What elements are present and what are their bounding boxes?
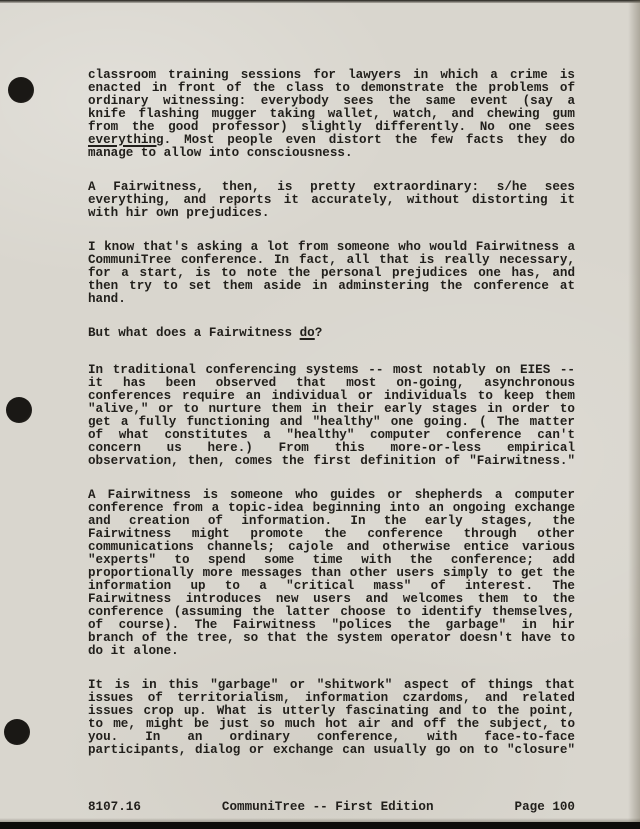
text-segment: But what does a Fairwitness: [88, 326, 300, 340]
text-segment: CommuniTree conference. In fact, all tha…: [88, 253, 575, 267]
text-segment: proportionally more messages than other …: [88, 566, 575, 580]
text-segment: branch of the tree, so that the system o…: [88, 631, 575, 645]
text-segment: then try to set them aside in adminsteri…: [88, 279, 575, 293]
text-segment: . Most people even distort the few facts…: [164, 133, 575, 147]
text-segment: to me, might be just so much hot air and…: [88, 717, 575, 731]
scan-edge-right: [628, 0, 640, 829]
text-segment: A Fairwitness is someone who guides or s…: [88, 488, 575, 502]
text-segment: classroom training sessions for lawyers …: [88, 68, 575, 82]
text-segment: it has been observed that most on-going,…: [88, 376, 575, 390]
text-segment: ordinary witnessing: everybody sees the …: [88, 94, 575, 108]
text-segment: manage to allow into consciousness.: [88, 146, 353, 160]
text-line: then try to set them aside in adminsteri…: [88, 280, 575, 293]
text-line: participants, dialog or exchange can usu…: [88, 744, 575, 757]
footer-title: CommuniTree -- First Edition: [222, 800, 434, 814]
scan-edge-top: [0, 0, 640, 3]
underlined-text: everything: [88, 133, 164, 147]
text-segment: from the good professor) slightly differ…: [88, 120, 575, 134]
hole-punch: [8, 77, 34, 103]
text-segment: of course). The Fairwitness "polices the…: [88, 618, 575, 632]
text-line: hand.: [88, 293, 575, 306]
text-segment: It is in this "garbage" or "shitwork" as…: [88, 678, 575, 692]
text-segment: information up to a "critical mass" of i…: [88, 579, 575, 593]
text-segment: get a fully functioning and "healthy" on…: [88, 415, 575, 429]
footer-doc-number: 8107.16: [88, 800, 141, 814]
text-segment: I know that's asking a lot from someone …: [88, 240, 575, 254]
hole-punch: [4, 719, 30, 745]
paragraph: But what does a Fairwitness do?: [88, 327, 575, 340]
page-footer: 8107.16 CommuniTree -- First Edition Pag…: [88, 800, 575, 814]
text-segment: knife flashing mugger taking wallet, wat…: [88, 107, 575, 121]
text-segment: conferences require an individual or ind…: [88, 389, 575, 403]
paragraph: A Fairwitness is someone who guides or s…: [88, 489, 575, 658]
text-segment: do it alone.: [88, 644, 179, 658]
paragraph: In traditional conferencing systems -- m…: [88, 364, 575, 468]
scan-edge-bottom: [0, 822, 640, 829]
text-segment: you. In an ordinary conference, with fac…: [88, 730, 575, 744]
text-segment: and creation of information. In the earl…: [88, 514, 575, 528]
paragraph: It is in this "garbage" or "shitwork" as…: [88, 679, 575, 757]
text-line: manage to allow into consciousness.: [88, 147, 575, 160]
text-segment: everything, and reports it accurately, w…: [88, 193, 575, 207]
text-segment: for a start, is to note the personal pre…: [88, 266, 575, 280]
text-block: classroom training sessions for lawyers …: [88, 69, 575, 757]
text-line: do it alone.: [88, 645, 575, 658]
paragraph: I know that's asking a lot from someone …: [88, 241, 575, 306]
text-segment: participants, dialog or exchange can usu…: [88, 743, 575, 757]
hole-punch: [6, 397, 32, 423]
text-segment: "alive," or to nurture them in their ear…: [88, 402, 575, 416]
text-segment: ?: [315, 326, 323, 340]
paragraph: A Fairwitness, then, is pretty extraordi…: [88, 181, 575, 220]
text-segment: issues of territorialism, information cz…: [88, 691, 575, 705]
text-segment: enacted in front of the class to demonst…: [88, 81, 575, 95]
text-segment: issues crop up. What is utterly fascinat…: [88, 704, 575, 718]
text-line: with hir own prejudices.: [88, 207, 575, 220]
text-segment: Fairwitness introduces new users and wel…: [88, 592, 575, 606]
text-segment: concern us here.) From this more-or-less…: [88, 441, 575, 455]
text-segment: In traditional conferencing systems -- m…: [88, 363, 575, 377]
text-segment: Fairwitness might promote the conference…: [88, 527, 575, 541]
text-segment: observation, then, comes the first defin…: [88, 454, 575, 468]
text-segment: A Fairwitness, then, is pretty extraordi…: [88, 180, 575, 194]
text-segment: conference (assuming the latter choose t…: [88, 605, 575, 619]
text-line: observation, then, comes the first defin…: [88, 455, 575, 468]
text-segment: with hir own prejudices.: [88, 206, 269, 220]
text-segment: of what constitutes a "healthy" computer…: [88, 428, 575, 442]
text-segment: "experts" to spend some time with the co…: [88, 553, 575, 567]
footer-page-number: Page 100: [515, 800, 575, 814]
text-line: But what does a Fairwitness do?: [88, 327, 575, 340]
paragraph: classroom training sessions for lawyers …: [88, 69, 575, 160]
text-segment: communications channels; cajole and othe…: [88, 540, 575, 554]
underlined-text: do: [300, 326, 315, 340]
text-segment: conference from a topic-idea beginning i…: [88, 501, 575, 515]
scanned-document-page: classroom training sessions for lawyers …: [0, 0, 640, 829]
text-segment: hand.: [88, 292, 126, 306]
